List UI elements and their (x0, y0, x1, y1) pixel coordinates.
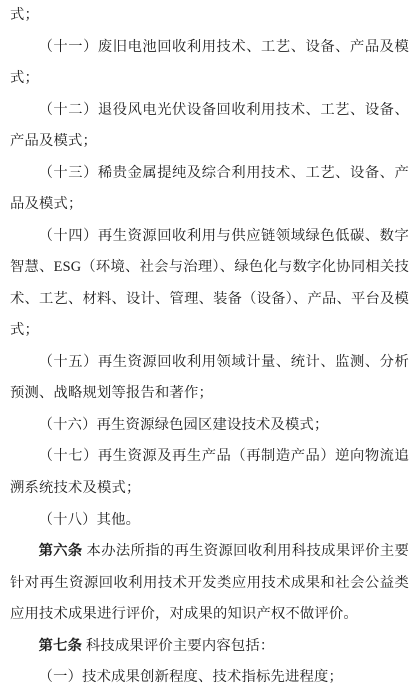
document-body: 式；（十一）废旧电池回收利用技术、工艺、设备、产品及模式；（十二）退役风电光伏设… (10, 0, 409, 694)
text-line: （十七）再生资源及再生产品（再制造产品）逆向物流追 (10, 441, 409, 473)
text-line: （十一）废旧电池回收利用技术、工艺、设备、产品及模 (10, 32, 409, 64)
text-line: 智慧、ESG（环境、社会与治理）、绿色化与数字化协同相关技 (10, 252, 409, 284)
text-segment: 式； (10, 322, 39, 338)
text-line: （一）技术成果创新程度、技术指标先进程度； (10, 662, 409, 694)
article-number-label: 第七条 (39, 638, 83, 654)
text-segment: （十七）再生资源及再生产品（再制造产品）逆向物流追 (39, 448, 409, 464)
text-line: 溯系统技术及模式； (10, 473, 409, 505)
text-segment: （十三）稀贵金属提纯及综合利用技术、工艺、设备、产 (39, 165, 409, 181)
text-line: （十二）退役风电光伏设备回收利用技术、工艺、设备、 (10, 95, 409, 127)
text-segment: 式； (10, 7, 39, 23)
document-page: 式；（十一）废旧电池回收利用技术、工艺、设备、产品及模式；（十二）退役风电光伏设… (0, 0, 419, 694)
text-line: （十八）其他。 (10, 505, 409, 537)
text-segment: 应用技术成果进行评价，对成果的知识产权不做评价。 (10, 606, 358, 622)
text-line: （十三）稀贵金属提纯及综合利用技术、工艺、设备、产 (10, 158, 409, 190)
text-segment: 产品及模式； (10, 133, 97, 149)
text-segment: 针对再生资源回收利用技术开发类应用技术成果和社会公益类 (10, 575, 409, 591)
text-segment: （十一）废旧电池回收利用技术、工艺、设备、产品及模 (39, 39, 409, 55)
text-segment: （十五）再生资源回收利用领域计量、统计、监测、分析 (39, 354, 409, 370)
text-line: 术、工艺、材料、设计、管理、装备（设备）、产品、平台及模 (10, 284, 409, 316)
text-segment: 科技成果评价主要内容包括： (82, 638, 274, 654)
text-line: 式； (10, 315, 409, 347)
text-line: 针对再生资源回收利用技术开发类应用技术成果和社会公益类 (10, 568, 409, 600)
text-line: （十五）再生资源回收利用领域计量、统计、监测、分析 (10, 347, 409, 379)
article-number-label: 第六条 (39, 543, 83, 559)
text-line: 第六条 本办法所指的再生资源回收利用科技成果评价主要 (10, 536, 409, 568)
text-line: 式； (10, 0, 409, 32)
text-segment: （十六）再生资源绿色园区建设技术及模式； (39, 417, 329, 433)
text-line: 品及模式； (10, 189, 409, 221)
text-segment: 本办法所指的再生资源回收利用科技成果评价主要 (83, 543, 409, 559)
text-segment: （十四）再生资源回收利用与供应链领域绿色低碳、数字 (39, 228, 409, 244)
text-segment: 品及模式； (10, 196, 82, 212)
text-line: 式； (10, 63, 409, 95)
text-segment: 溯系统技术及模式； (10, 480, 140, 496)
text-line: 第七条 科技成果评价主要内容包括： (10, 631, 409, 663)
text-segment: （十八）其他。 (39, 512, 140, 528)
text-line: 应用技术成果进行评价，对成果的知识产权不做评价。 (10, 599, 409, 631)
text-segment: 术、工艺、材料、设计、管理、装备（设备）、产品、平台及模 (10, 291, 409, 307)
text-line: （十四）再生资源回收利用与供应链领域绿色低碳、数字 (10, 221, 409, 253)
text-segment: 式； (10, 70, 39, 86)
text-line: 产品及模式； (10, 126, 409, 158)
text-segment: （一）技术成果创新程度、技术指标先进程度； (39, 669, 343, 685)
text-segment: 预测、战略规划等报告和著作； (10, 385, 213, 401)
text-segment: （十二）退役风电光伏设备回收利用技术、工艺、设备、 (39, 102, 409, 118)
text-line: （十六）再生资源绿色园区建设技术及模式； (10, 410, 409, 442)
text-segment: 智慧、ESG（环境、社会与治理）、绿色化与数字化协同相关技 (10, 259, 409, 275)
text-line: 预测、战略规划等报告和著作； (10, 378, 409, 410)
